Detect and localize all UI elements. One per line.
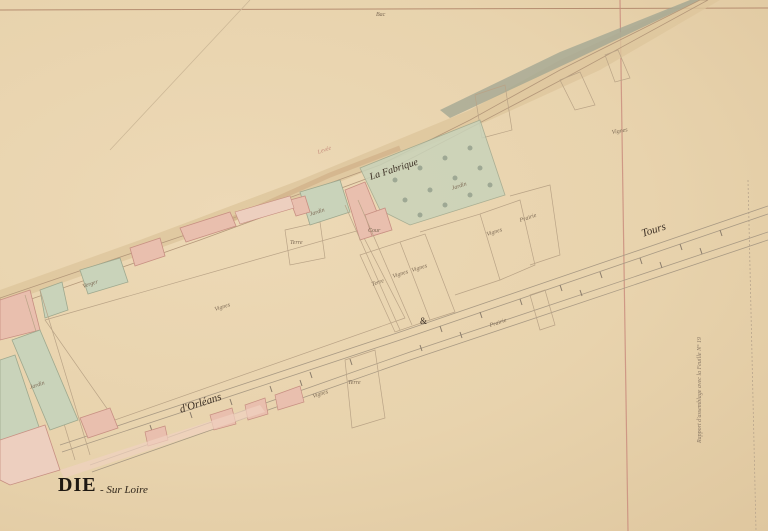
old-bank-line bbox=[110, 0, 250, 150]
parcel-label: Terre bbox=[290, 240, 303, 246]
margin-note: Rapport d'assemblage avec la Feuille N° … bbox=[697, 183, 703, 443]
town-name: DIE bbox=[58, 474, 97, 497]
road-tree-ticks bbox=[150, 230, 722, 431]
historic-cadastral-map: DIE - Sur Loire d'Orléans Tours La Fabri… bbox=[0, 0, 768, 531]
parcel-label: Terre bbox=[348, 380, 361, 386]
parcel-label: Cour bbox=[368, 228, 380, 234]
sheet-edge-line bbox=[748, 180, 756, 531]
town-subtitle: - Sur Loire bbox=[100, 484, 148, 496]
parcel-label: Bac bbox=[376, 12, 385, 18]
junction-marker: & bbox=[420, 316, 427, 326]
map-drawing bbox=[0, 0, 768, 531]
border-line bbox=[0, 8, 768, 10]
